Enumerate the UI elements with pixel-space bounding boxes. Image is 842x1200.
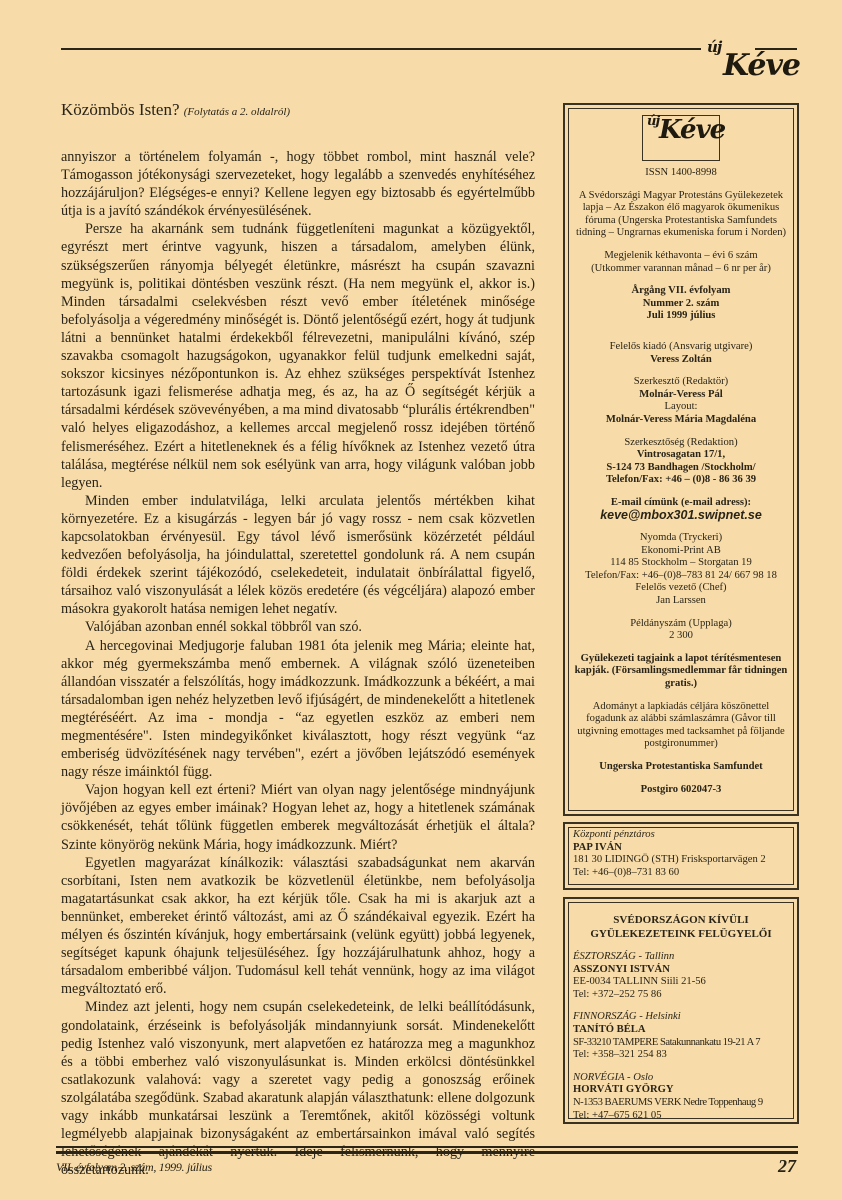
supervisor-entry: ÉSZTORSZÁG - Tallinn ASSZONYI ISTVÁN EE-… bbox=[573, 951, 789, 1001]
masthead-logo: új Kéve bbox=[705, 38, 797, 86]
article-paragraph: Persze ha akarnánk sem tudnánk független… bbox=[61, 220, 535, 491]
logo-uj: új bbox=[707, 38, 721, 56]
logo-keve: Kéve bbox=[723, 48, 800, 83]
cashier-name: PAP IVÁN bbox=[573, 842, 766, 855]
supervisor-address: SF-33210 TAMPERE Satakunnankatu 19-21 A … bbox=[573, 1037, 789, 1050]
printer-phone: Telefon/Fax: +46–(0)8–783 81 24/ 667 98 … bbox=[573, 570, 789, 583]
office-label: Szerkesztőség (Redaktion) bbox=[573, 437, 789, 450]
postgiro: Postgiro 602047-3 bbox=[573, 784, 789, 797]
volume: Årgång VII. évfolyam bbox=[573, 285, 789, 298]
issue-date: Juli 1999 július bbox=[573, 310, 789, 323]
article-paragraph: Minden ember indulatvilága, lelki arcula… bbox=[61, 492, 535, 619]
account-name: Ungerska Protestantiska Samfundet bbox=[573, 761, 789, 774]
continuation-note: (Folytatás a 2. oldalról) bbox=[184, 106, 290, 118]
header-rule bbox=[61, 48, 701, 50]
abroad-content: SVÉDORSZÁGON KÍVÜLI GYÜLEKEZETEINK FELÜG… bbox=[573, 913, 789, 1132]
colophon-logo: új Kéve bbox=[642, 115, 720, 161]
issue-info: Årgång VII. évfolyam Nummer 2. szám Juli… bbox=[573, 285, 789, 323]
printer-address: 114 85 Stockholm – Storgatan 19 bbox=[573, 557, 789, 570]
issue-number: Nummer 2. szám bbox=[573, 298, 789, 311]
supervisor-country: NORVÉGIA - Oslo bbox=[573, 1072, 789, 1085]
editor-label: Szerkesztő (Redaktör) bbox=[573, 376, 789, 389]
layout-label: Layout: bbox=[573, 401, 789, 414]
layout-name: Molnár-Veress Mária Magdaléna bbox=[573, 414, 789, 427]
logo-uj: új bbox=[647, 116, 659, 129]
article-paragraph: Egyetlen magyarázat kínálkozik: választá… bbox=[61, 854, 535, 999]
supervisor-phone: Tel: +47–675 621 05 bbox=[573, 1110, 789, 1123]
abroad-title: SVÉDORSZÁGON KÍVÜLI GYÜLEKEZETEINK FELÜG… bbox=[573, 913, 789, 941]
email-block: E-mail címünk (e-mail adress): keve@mbox… bbox=[573, 497, 789, 522]
circulation-label: Példányszám (Upplaga) bbox=[573, 618, 789, 631]
supervisor-name: TANÍTÓ BÉLA bbox=[573, 1024, 789, 1037]
donation-notice: Adományt a lapkiadás céljára köszönettel… bbox=[573, 701, 789, 751]
cashier-content: Központi pénztáros PAP IVÁN 181 30 LIDIN… bbox=[573, 829, 766, 879]
article-paragraph: Vajon hogyan kell ezt érteni? Miért van … bbox=[61, 781, 535, 853]
editors: Szerkesztő (Redaktör) Molnár-Veress Pál … bbox=[573, 376, 789, 426]
circulation-value: 2 300 bbox=[573, 630, 789, 643]
office-phone: Telefon/Fax: +46 – (0)8 - 86 36 39 bbox=[573, 474, 789, 487]
page-number: 27 bbox=[778, 1156, 796, 1177]
editorial-office: Szerkesztőség (Redaktion) Vintrosagatan … bbox=[573, 437, 789, 487]
colophon-box: új Kéve ISSN 1400-8998 A Svédországi Mag… bbox=[563, 103, 799, 816]
article-paragraph: A hercegovinai Medjugorje faluban 1981 ó… bbox=[61, 637, 535, 782]
publisher-label: Felelős kiadó (Ansvarig utgivare) bbox=[573, 341, 789, 354]
colophon-content: új Kéve ISSN 1400-8998 A Svédországi Mag… bbox=[573, 115, 789, 806]
free-notice: Gyülekezeti tagjaink a lapot térítésment… bbox=[573, 653, 789, 691]
article-paragraph: Valójában azonban ennél sokkal többről v… bbox=[61, 618, 535, 636]
supervisor-name: ASSZONYI ISTVÁN bbox=[573, 964, 789, 977]
footer-rule-thin bbox=[56, 1146, 798, 1148]
frequency: Megjelenik kéthavonta – évi 6 szám (Utko… bbox=[573, 250, 789, 275]
circulation: Példányszám (Upplaga) 2 300 bbox=[573, 618, 789, 643]
article-paragraph: annyiszor a történelem folyamán -, hogy … bbox=[61, 148, 535, 220]
issn: ISSN 1400-8998 bbox=[573, 167, 789, 180]
abroad-supervisors-box: SVÉDORSZÁGON KÍVÜLI GYÜLEKEZETEINK FELÜG… bbox=[563, 897, 799, 1124]
office-city: S-124 73 Bandhagen /Stockholm/ bbox=[573, 462, 789, 475]
article-title-text: Közömbös Isten? bbox=[61, 100, 180, 119]
publication-description: A Svédországi Magyar Protestáns Gyülekez… bbox=[573, 190, 789, 240]
supervisor-country: FINNORSZÁG - Helsinki bbox=[573, 1011, 789, 1024]
supervisor-entry: FINNORSZÁG - Helsinki TANÍTÓ BÉLA SF-332… bbox=[573, 1011, 789, 1061]
email-link[interactable]: keve@mbox301.swipnet.se bbox=[573, 509, 789, 522]
cashier-label: Központi pénztáros bbox=[573, 829, 766, 842]
supervisor-country: ÉSZTORSZÁG - Tallinn bbox=[573, 951, 789, 964]
cashier-address: 181 30 LIDINGÖ (STH) Frisksportarvägen 2 bbox=[573, 854, 766, 867]
editor-name: Molnár-Veress Pál bbox=[573, 389, 789, 402]
supervisor-address: EE-0034 TALLINN Siili 21-56 bbox=[573, 976, 789, 989]
manager-name: Jan Larssen bbox=[573, 595, 789, 608]
frequency-hu: Megjelenik kéthavonta – évi 6 szám bbox=[573, 250, 789, 263]
cashier-box: Központi pénztáros PAP IVÁN 181 30 LIDIN… bbox=[563, 822, 799, 890]
frequency-sv: (Utkommer varannan månad – 6 nr per år) bbox=[573, 263, 789, 276]
supervisor-phone: Tel: +358–321 254 83 bbox=[573, 1049, 789, 1062]
supervisor-entry: NORVÉGIA - Oslo HORVÁTI GYÖRGY N-1353 BA… bbox=[573, 1072, 789, 1122]
printer: Nyomda (Tryckeri) Ekonomi-Print AB 114 8… bbox=[573, 532, 789, 608]
footer-rule-thick bbox=[56, 1151, 798, 1154]
publisher-name: Veress Zoltán bbox=[573, 354, 789, 367]
supervisor-name: HORVÁTI GYÖRGY bbox=[573, 1084, 789, 1097]
printer-label: Nyomda (Tryckeri) bbox=[573, 532, 789, 545]
logo-keve: Kéve bbox=[659, 124, 725, 137]
article-body: annyiszor a történelem folyamán -, hogy … bbox=[61, 148, 535, 1179]
office-street: Vintrosagatan 17/1, bbox=[573, 449, 789, 462]
article-title: Közömbös Isten? (Folytatás a 2. oldalról… bbox=[61, 100, 290, 120]
printer-name: Ekonomi-Print AB bbox=[573, 545, 789, 558]
cashier-phone: Tel: +46–(0)8–731 83 60 bbox=[573, 867, 766, 880]
supervisor-address: N-1353 BAERUMS VERK Nedre Toppenhaug 9 bbox=[573, 1097, 789, 1110]
manager-label: Felelős vezető (Chef) bbox=[573, 582, 789, 595]
supervisor-phone: Tel: +372–252 75 86 bbox=[573, 989, 789, 1002]
publisher: Felelős kiadó (Ansvarig utgivare) Veress… bbox=[573, 341, 789, 366]
footer-issue: VII. évfolyam 2. szám, 1999. július bbox=[56, 1160, 212, 1175]
